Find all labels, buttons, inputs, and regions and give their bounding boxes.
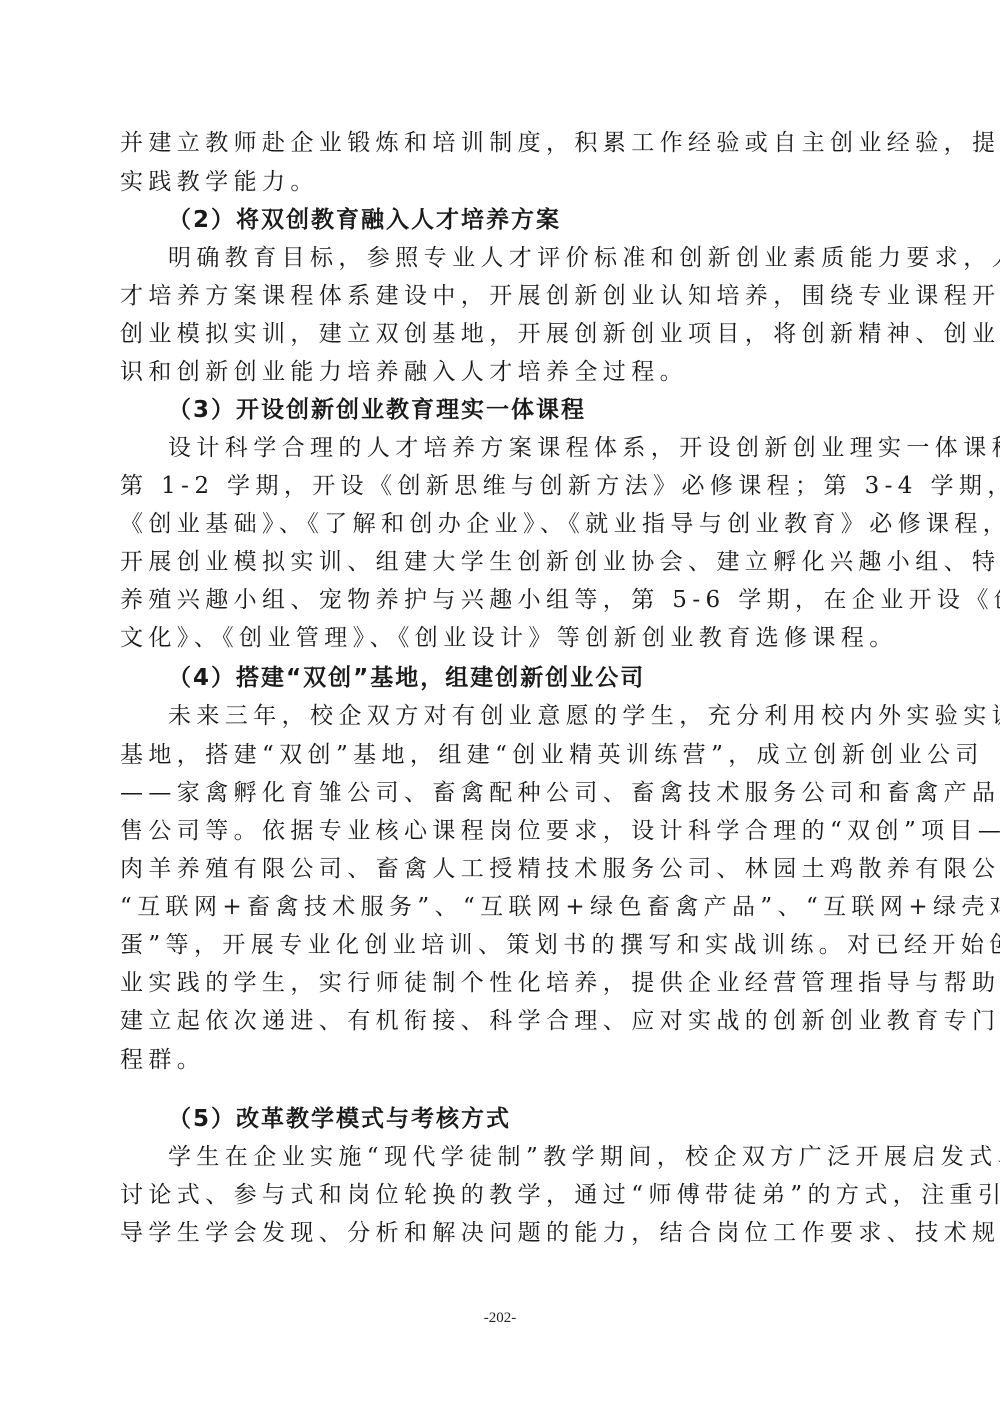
paragraph-line: 程群。 [120,1045,882,1075]
paragraph-line: 肉羊养殖有限公司、畜禽人工授精技术服务公司、林园土鸡散养有限公司、 [120,854,882,884]
paragraph-line: 导学生学会发现、分析和解决问题的能力，结合岗位工作要求、技术规范 [120,1218,882,1248]
paragraph-line: 创业模拟实训，建立双创基地，开展创新创业项目，将创新精神、创业意 [120,319,882,349]
paragraph-line: 明确教育目标，参照专业人才评价标准和创新创业素质能力要求，人 [168,243,882,273]
section-heading-2: （2）将双创教育融入人才培养方案 [168,205,561,235]
paragraph-line: 养殖兴趣小组、宠物养护与兴趣小组等，第 5-6 学期，在企业开设《创业 [120,585,882,615]
paragraph-line: 设计科学合理的人才培养方案课程体系，开设创新创业理实一体课程。 [168,433,882,463]
page-number: -202- [0,1310,1000,1327]
paragraph-line: 才培养方案课程体系建设中，开展创新创业认知培养，围绕专业课程开设 [120,281,882,311]
paragraph-line: 学生在企业实施“现代学徒制”教学期间，校企双方广泛开展启发式、 [168,1142,882,1172]
paragraph-line: 售公司等。依据专业核心课程岗位要求，设计科学合理的“双创”项目—— [120,816,882,846]
paragraph-line: 建立起依次递进、有机衔接、科学合理、应对实战的创新创业教育专门课 [120,1006,882,1036]
paragraph-line: ——家禽孵化育雏公司、畜禽配种公司、畜禽技术服务公司和畜禽产品销 [120,778,882,808]
paragraph-line: 实践教学能力。 [120,167,882,197]
paragraph-line: 第 1-2 学期，开设《创新思维与创新方法》必修课程；第 3-4 学期，开设 [120,471,882,501]
paragraph-line: 业实践的学生，实行师徒制个性化培养，提供企业经营管理指导与帮助。 [120,968,882,998]
paragraph-line: 基地，搭建“双创”基地，组建“创业精英训练营”，成立创新创业公司 [120,740,882,770]
paragraph-line: 开展创业模拟实训、组建大学生创新创业协会、建立孵化兴趣小组、特禽 [120,547,882,577]
section-heading-5: （5）改革教学模式与考核方式 [168,1104,511,1134]
paragraph-line: 文化》、《创业管理》、《创业设计》等创新创业教育选修课程。 [120,623,882,653]
paragraph-line: 并建立教师赴企业锻炼和培训制度，积累工作经验或自主创业经验，提高 [120,128,882,158]
paragraph-line: 讨论式、参与式和岗位轮换的教学，通过“师傅带徒弟”的方式，注重引 [120,1180,882,1210]
section-heading-3: （3）开设创新创业教育理实一体课程 [168,395,586,425]
section-heading-4: （4）搭建“双创”基地，组建创新创业公司 [168,663,645,693]
paragraph-line: 蛋”等，开展专业化创业培训、策划书的撰写和实战训练。对已经开始创 [120,930,882,960]
document-page: 并建立教师赴企业锻炼和培训制度，积累工作经验或自主创业经验，提高 实践教学能力。… [0,0,1000,1414]
paragraph-line: “互联网+畜禽技术服务”、“互联网+绿色畜禽产品”、“互联网+绿壳鸡 [120,892,882,922]
paragraph-line: 《创业基础》、《了解和创办企业》、《就业指导与创业教育》必修课程，并 [120,509,882,539]
paragraph-line: 识和创新创业能力培养融入人才培养全过程。 [120,357,882,387]
paragraph-line: 未来三年，校企双方对有创业意愿的学生，充分利用校内外实验实训 [168,701,882,731]
